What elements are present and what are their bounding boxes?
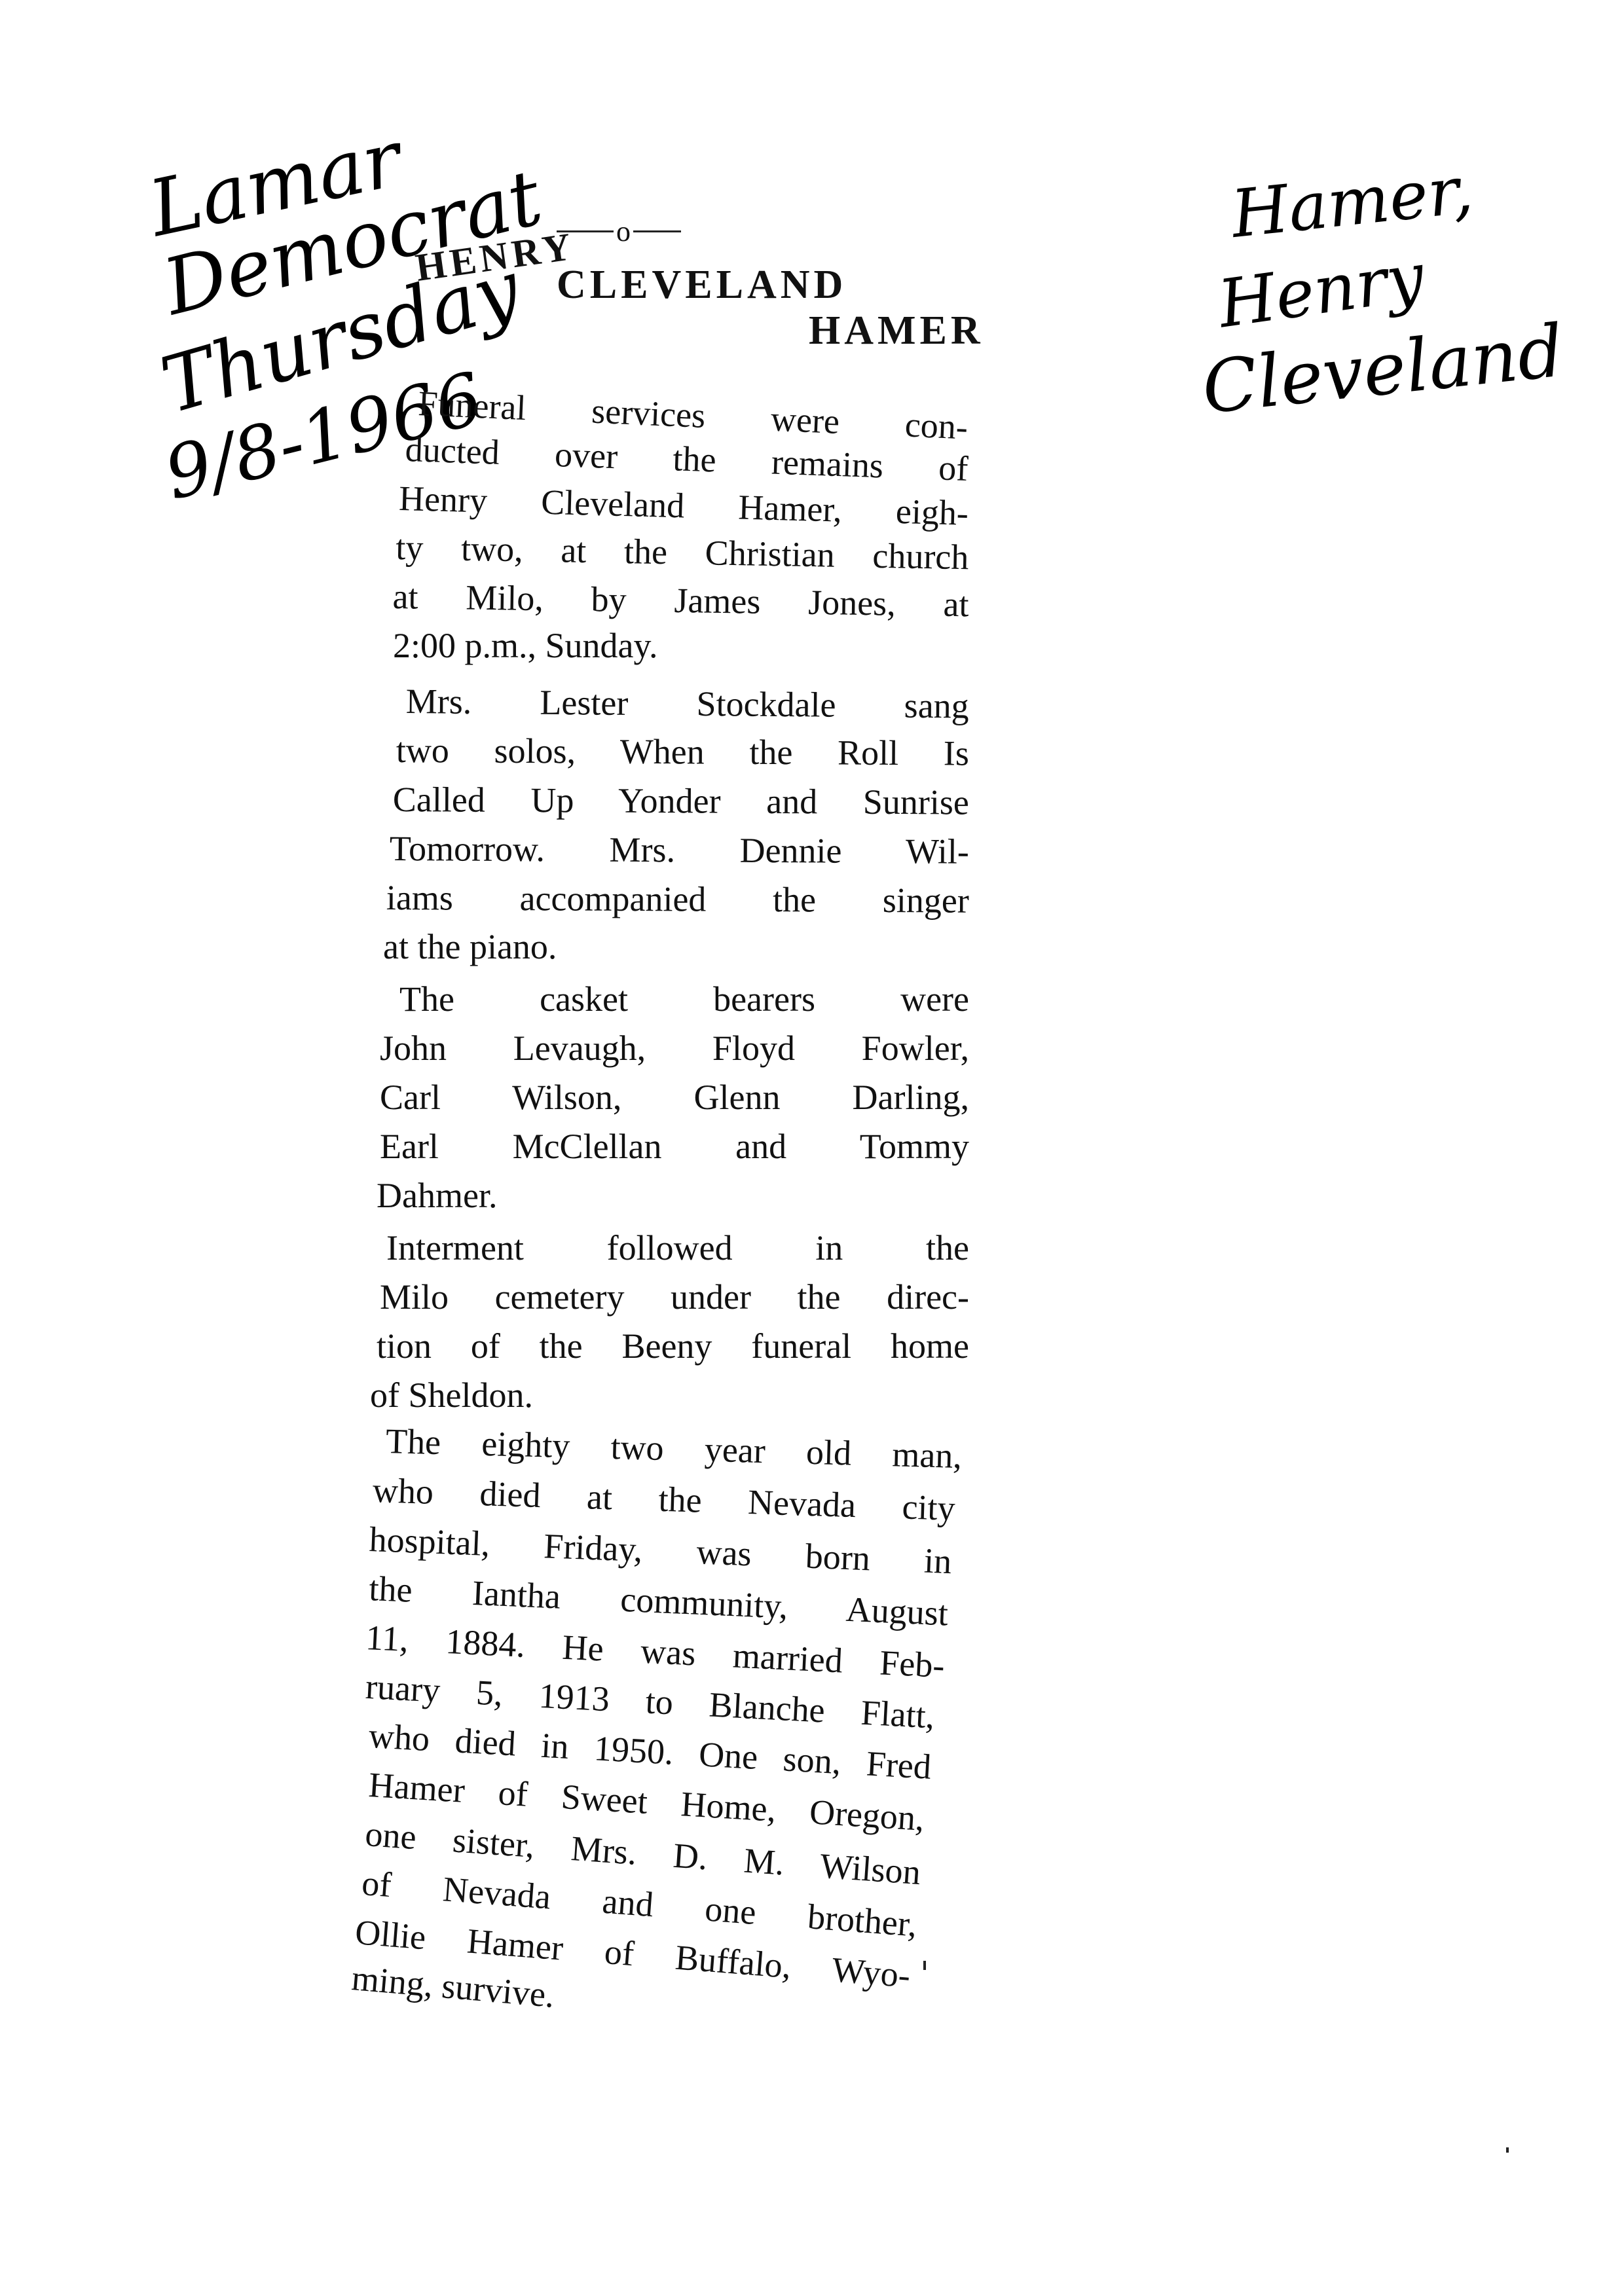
obituary-text-line: The casket bearers were [399,979,969,1019]
scan-speck [1506,2147,1509,2153]
headline-surname: HAMER [809,308,984,354]
obituary-text-line: Earl McClellan and Tommy [380,1126,969,1167]
obituary-text-line: at Milo, by James Jones, at [392,576,969,625]
obituary-text-line: Milo cemetery under the direc- [380,1277,969,1317]
obituary-text-line: ming, survive. [350,1958,557,2016]
obituary-text-line: at the piano. [383,926,557,967]
obituary-text-line: 2:00 p.m., Sunday. [393,625,658,666]
obituary-text-line: Interment followed in the [386,1228,969,1268]
obituary-text-line: Mrs. Lester Stockdale sang [405,681,969,727]
handwritten-line: Hamer, [1228,151,1477,253]
obituary-text-line: tion of the Beeny funeral home [377,1326,969,1366]
obituary-text-line: Henry Cleveland Hamer, eigh- [398,478,969,534]
obituary-text-line: two solos, When the Roll Is [396,730,969,774]
obituary-text-line: who died at the Nevada city [372,1470,956,1529]
obituary-text-line: The eighty two year old man, [385,1421,962,1476]
obituary-text-line: Called Up Yonder and Sunrise [393,779,969,823]
obituary-text-line: of Sheldon. [370,1375,533,1415]
scan-speck [923,1961,926,1970]
scanned-page: Lamar Democrat Thursday 9/8-1966 Hamer, … [0,0,1624,2296]
headline-middle-name: CLEVELAND [557,262,847,308]
obituary-text-line: Tomorrow. Mrs. Dennie Wil- [390,828,969,872]
obituary-text-line: John Levaugh, Floyd Fowler, [380,1028,969,1068]
obituary-text-line: ty two, at the Christian church [396,527,969,577]
obituary-text-line: iams accompanied the singer [386,877,969,921]
obituary-text-line: Dahmer. [377,1175,497,1216]
divider-ornament: o [614,215,633,248]
obituary-text-line: Carl Wilson, Glenn Darling, [380,1077,969,1118]
